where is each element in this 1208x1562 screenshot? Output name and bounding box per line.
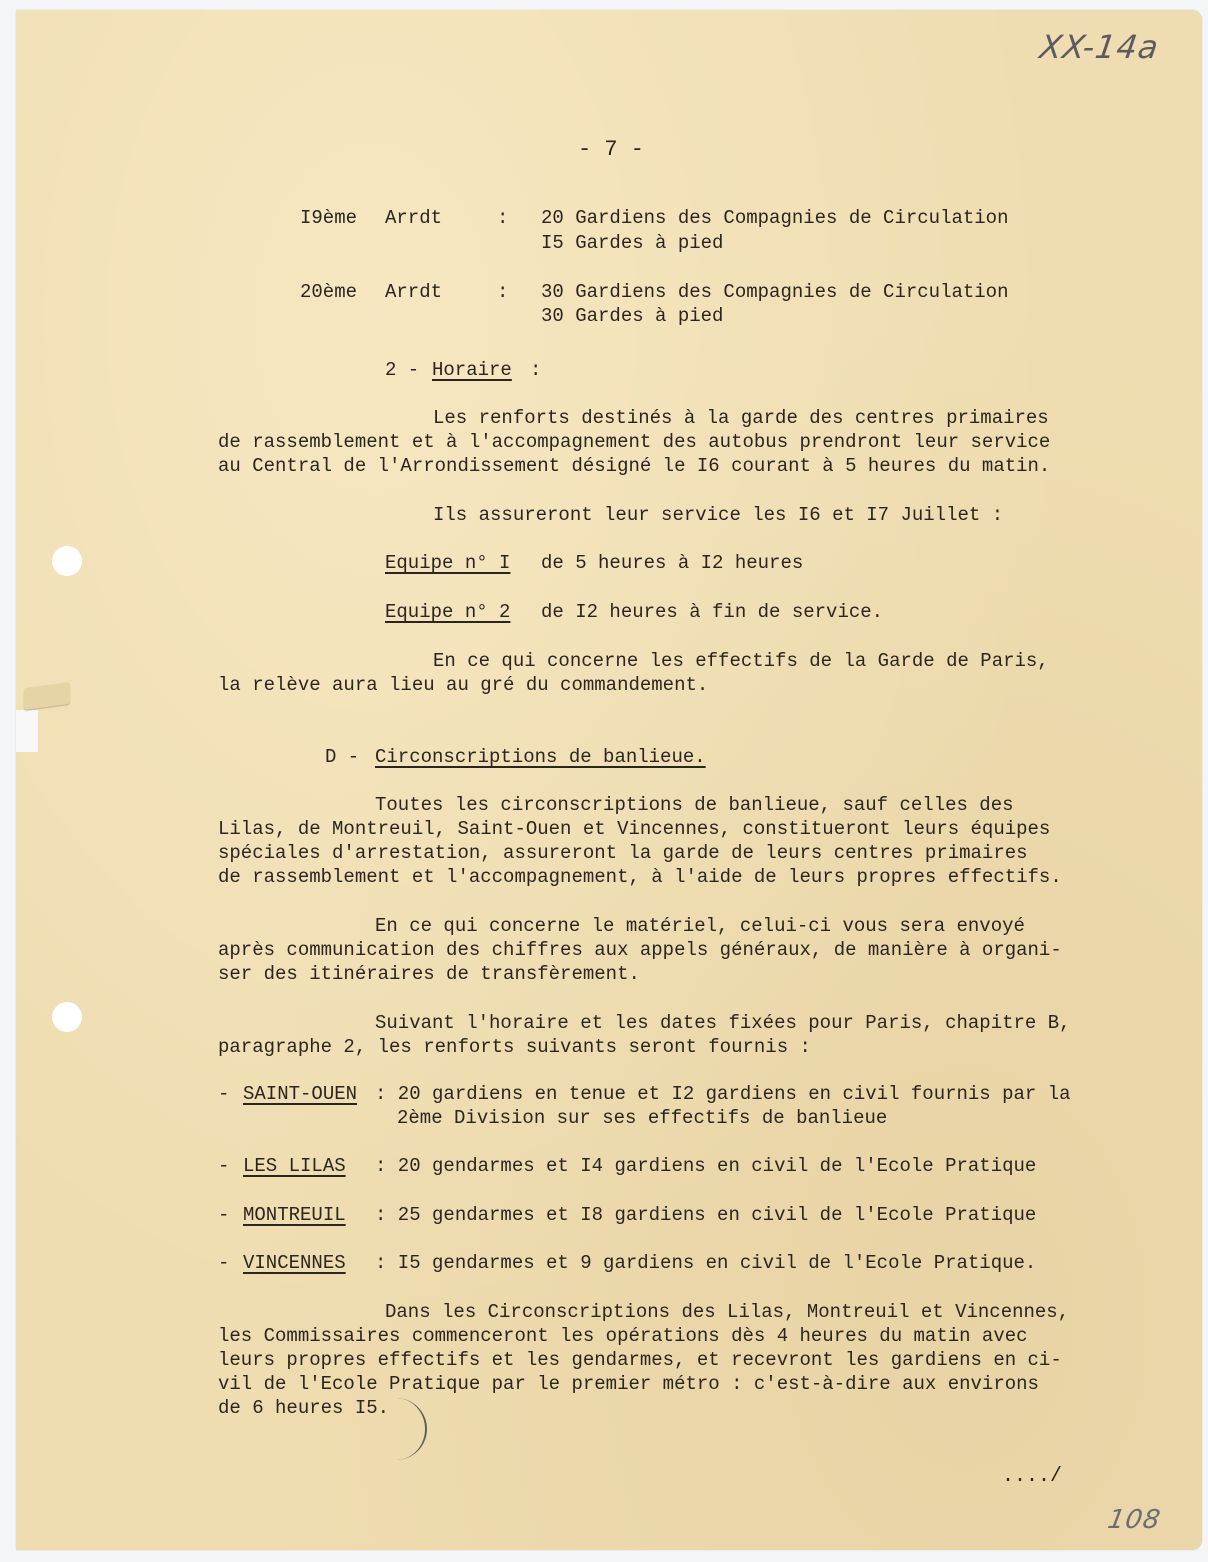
continuation-mark: ..../ bbox=[1002, 1465, 1062, 1489]
reinforcement-detail: : 25 gendarmes et I8 gardiens en civil d… bbox=[375, 1203, 1036, 1227]
arrondissement-label: I9ème bbox=[300, 206, 357, 230]
reinforcement-detail: : 20 gendarmes et I4 gardiens en civil d… bbox=[375, 1154, 1036, 1178]
allocation-line: I5 Gardes à pied bbox=[541, 231, 723, 255]
reinforcement-detail: : I5 gendarmes et 9 gardiens en civil de… bbox=[375, 1251, 1036, 1275]
page-number: - 7 - bbox=[578, 138, 644, 162]
handwritten-reference: XX-14a bbox=[1037, 28, 1161, 66]
reinforcement-detail: 2ème Division sur ses effectifs de banli… bbox=[397, 1106, 887, 1130]
handwritten-folio: 108 bbox=[1105, 1505, 1163, 1535]
text-line: Suivant l'horaire et les dates fixées po… bbox=[375, 1011, 1071, 1035]
colon: : bbox=[497, 280, 508, 304]
text-line: En ce qui concerne le matériel, celui-ci… bbox=[375, 914, 1025, 938]
punch-hole bbox=[52, 1002, 82, 1032]
text-line: paragraphe 2, les renforts suivants sero… bbox=[218, 1035, 811, 1059]
allocation-line: 30 Gardes à pied bbox=[541, 304, 723, 328]
place-name: SAINT-OUEN bbox=[243, 1082, 357, 1106]
text-line: de rassemblement et à l'accompagnement d… bbox=[218, 430, 1050, 454]
text-line: leurs propres effectifs et les gendarmes… bbox=[218, 1348, 1062, 1372]
arrondissement-abbr: Arrdt bbox=[385, 206, 442, 230]
allocation-line: 20 Gardiens des Compagnies de Circulatio… bbox=[541, 206, 1008, 230]
torn-edge bbox=[16, 710, 38, 752]
place-name: LES LILAS bbox=[243, 1154, 346, 1178]
bullet: - bbox=[218, 1082, 229, 1106]
horaire-paragraph-2: Ils assureront leur service les I6 et I7… bbox=[433, 503, 1003, 527]
text-line: Dans les Circonscriptions des Lilas, Mon… bbox=[385, 1300, 1069, 1324]
arrondissement-label: 20ème bbox=[300, 280, 357, 304]
team-label: Equipe n° I bbox=[385, 551, 510, 575]
arrondissement-abbr: Arrdt bbox=[385, 280, 442, 304]
section-letter: D - bbox=[325, 745, 359, 769]
text-line: Toutes les circonscriptions de banlieue,… bbox=[375, 793, 1014, 817]
text-line: Les renforts destinés à la garde des cen… bbox=[433, 406, 1049, 430]
text-line: Lilas, de Montreuil, Saint-Ouen et Vince… bbox=[218, 817, 1050, 841]
text-line: ser des itinéraires de transfèrement. bbox=[218, 962, 640, 986]
text-line: la relève aura lieu au gré du commandeme… bbox=[218, 673, 708, 697]
text-line: après communication des chiffres aux app… bbox=[218, 938, 1062, 962]
text-line: les Commissaires commenceront les opérat… bbox=[218, 1324, 1028, 1348]
section-title: Circonscriptions de banlieue. bbox=[375, 745, 706, 769]
punch-hole bbox=[52, 546, 82, 576]
text-line: vil de l'Ecole Pratique par le premier m… bbox=[218, 1372, 1039, 1396]
section-colon: : bbox=[530, 358, 541, 382]
team-hours: de 5 heures à I2 heures bbox=[541, 551, 803, 575]
text-line: de rassemblement et l'accompagnement, à … bbox=[218, 865, 1062, 889]
bullet: - bbox=[218, 1251, 229, 1275]
text-line: spéciales d'arrestation, assureront la g… bbox=[218, 841, 1028, 865]
bullet: - bbox=[218, 1203, 229, 1227]
text-line: au Central de l'Arrondissement désigné l… bbox=[218, 454, 1050, 478]
allocation-line: 30 Gardiens des Compagnies de Circulatio… bbox=[541, 280, 1008, 304]
team-label: Equipe n° 2 bbox=[385, 600, 510, 624]
colon: : bbox=[497, 206, 508, 230]
text-line: de 6 heures I5. bbox=[218, 1396, 389, 1420]
section-number: 2 - bbox=[385, 358, 419, 382]
text-line: En ce qui concerne les effectifs de la G… bbox=[433, 649, 1049, 673]
bullet: - bbox=[218, 1154, 229, 1178]
section-title: Horaire bbox=[432, 358, 512, 382]
place-name: MONTREUIL bbox=[243, 1203, 346, 1227]
team-hours: de I2 heures à fin de service. bbox=[541, 600, 883, 624]
place-name: VINCENNES bbox=[243, 1251, 346, 1275]
reinforcement-detail: : 20 gardiens en tenue et I2 gardiens en… bbox=[375, 1082, 1071, 1106]
